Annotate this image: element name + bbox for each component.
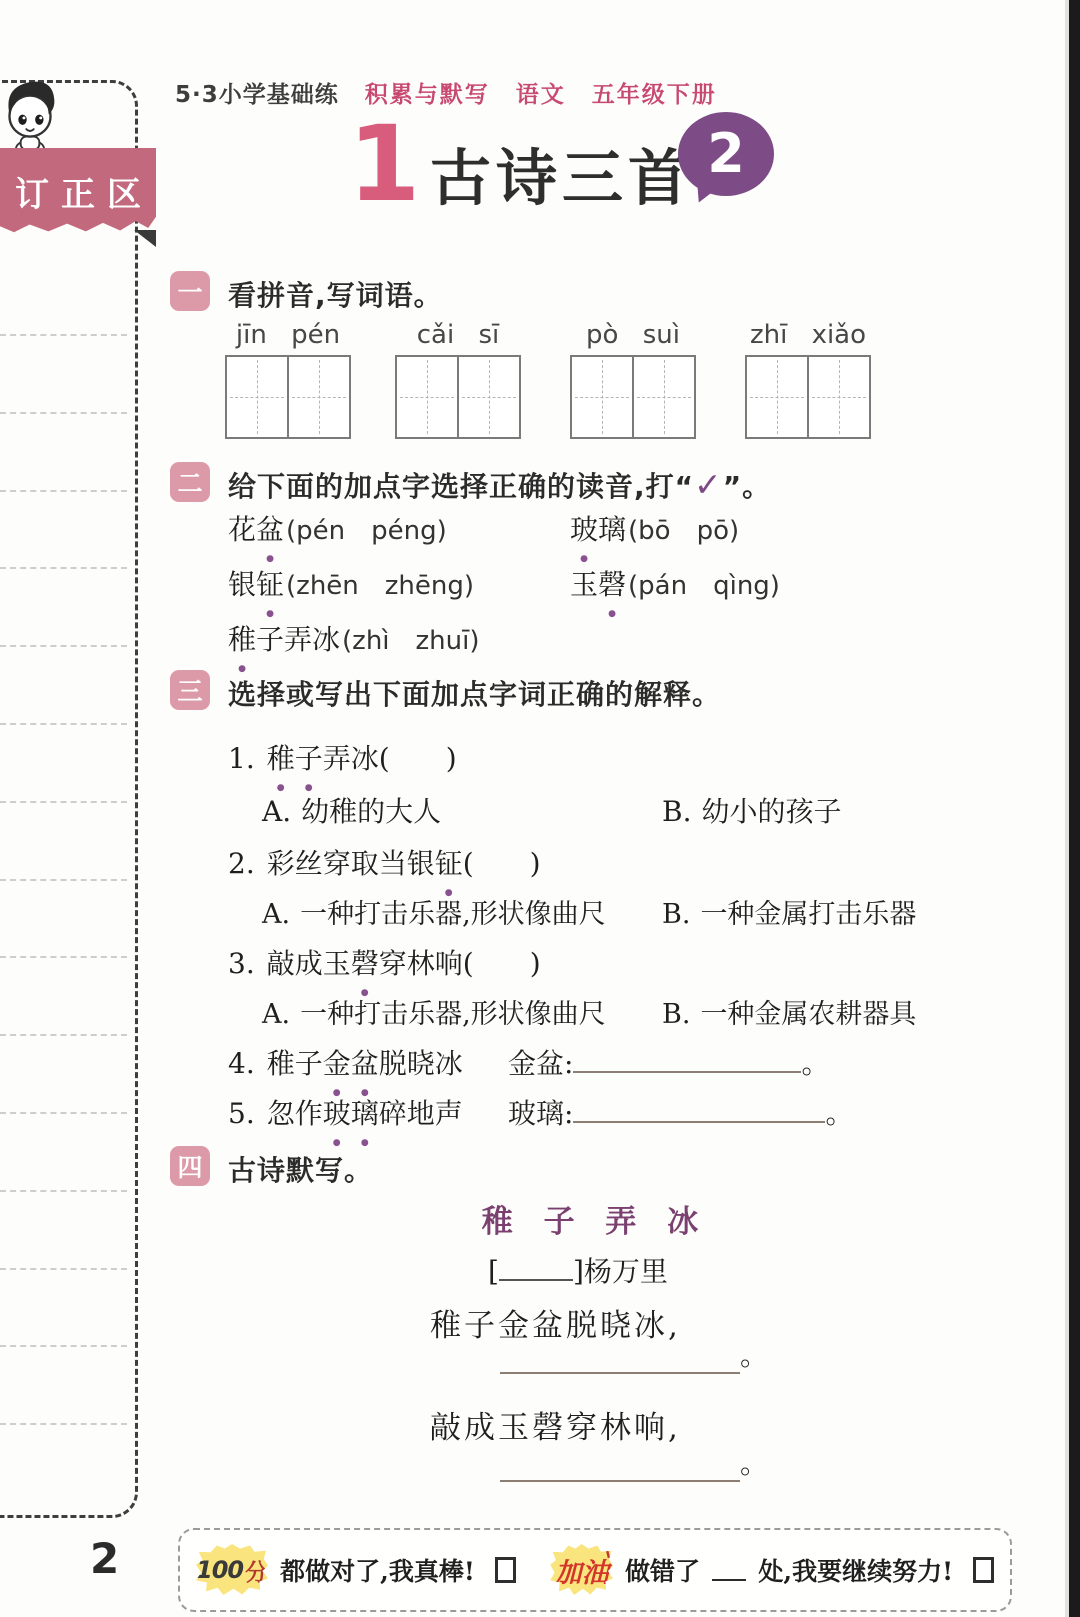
pinyin-label: jīn pén [225,320,351,350]
header-grade: 五年级下册 [592,76,717,109]
question-5-fill: 玻璃:。 [508,1092,853,1132]
check-mark-icon: ✓ [694,465,723,504]
reading-choices[interactable]: (zhì zhuī) [342,626,479,656]
question-text: 弄冰 [323,742,379,775]
question-text: 穿林响 [379,947,463,980]
section-3-badge: 三 [170,670,210,710]
cheer-icon: 加油 [550,1544,613,1596]
dotted-chars: 钲 [435,847,463,880]
question-2-option-a[interactable]: A.一种打击乐器,形状像曲尺 [262,892,606,931]
writing-cell[interactable] [747,357,807,437]
pinyin-label: zhī xiǎo [745,320,871,350]
question-number: 4. [228,1047,255,1080]
correction-area-label: 订正区 [3,167,153,216]
question-text: 稚子 [267,1047,323,1080]
option-text: 一种打击乐器,形状像曲尺 [300,999,606,1030]
score-100-icon: 100分 [196,1544,268,1596]
heading-text: 给下面的加点字选择正确的读音,打“ [228,470,694,503]
writing-grid[interactable] [225,355,351,439]
word-part: 花 [228,513,256,546]
dotted-chars: 稚 [228,623,256,656]
correction-area-banner: 订正区 [0,148,156,234]
writing-cell[interactable] [457,357,519,437]
writing-cell[interactable] [572,357,632,437]
question-number: 3. [228,947,255,980]
answer-blank[interactable] [500,1340,740,1374]
reading-item[interactable]: 花盆(pén péng) [228,508,447,548]
dotted-chars: 钲 [256,568,284,601]
pinyin-label: cǎi sī [395,320,521,350]
word-part: 璃 [598,513,626,546]
question-number: 1. [228,742,255,775]
section-3-heading: 选择或写出下面加点字词正确的解释。 [228,673,721,713]
question-text: 脱晓冰 [379,1047,463,1080]
retry-text-after: 处,我要继续努力! [758,1552,953,1588]
answer-paren-slot[interactable]: ( ) [379,742,457,775]
heading-text: ”。 [723,470,771,503]
word-part: 子弄冰 [256,623,340,656]
answer-paren-slot[interactable]: ( ) [463,847,541,880]
question-1-option-a[interactable]: A.幼稚的大人 [262,790,441,830]
question-text: 敲成玉 [267,947,351,980]
writing-grid[interactable] [570,355,696,439]
question-3-option-b[interactable]: B.一种金属农耕器具 [662,992,916,1031]
writing-cell[interactable] [287,357,349,437]
reading-choices[interactable]: (zhēn zhēng) [286,571,474,601]
period: 。 [740,1442,768,1482]
poem-title: 稚 子 弄 冰 [430,1196,760,1241]
part-badge-number: 2 [707,127,745,181]
lesson-number: 1 [348,112,420,216]
option-text: 幼稚的大人 [301,795,441,828]
question-number: 2. [228,847,255,880]
reading-item[interactable]: 银钲(zhēn zhēng) [228,563,474,603]
part-badge-bubble: 2 [678,112,774,196]
page-edge-strip [1069,0,1080,1617]
boy-mascot-icon [2,74,58,160]
correction-area-border [0,80,138,1518]
option-label: A. [262,795,291,828]
score-unit: 分 [245,1554,268,1587]
score-number: 100 [196,1556,243,1584]
dotted-chars: 磬 [351,947,379,980]
option-label: A. [262,899,290,930]
red-flag-icon [597,1530,623,1560]
series-title: 5·3小学基础练 [175,76,339,109]
question-1: 1.稚子弄冰( ) [228,737,457,777]
praise-text: 都做对了,我真棒! [280,1552,475,1588]
period: 。 [825,1097,853,1130]
question-text: 碎地声 [379,1097,463,1130]
dotted-chars: 金盆 [323,1047,379,1080]
page-number: 2 [90,1534,119,1583]
pinyin-label: pò suì [570,320,696,350]
dotted-chars: 玻璃 [323,1097,379,1130]
writing-cell[interactable] [807,357,869,437]
writing-cell[interactable] [632,357,694,437]
writing-grid[interactable] [745,355,871,439]
option-label: A. [262,999,290,1030]
question-3: 3.敲成玉磬穿林响( ) [228,942,541,982]
question-text: 彩丝穿取当银 [267,847,435,880]
word-part: 银 [228,568,256,601]
answer-paren-slot[interactable]: ( ) [463,947,541,980]
section-1-badge: 一 [170,271,210,311]
writing-cell[interactable] [227,357,287,437]
question-4: 4.稚子金盆脱晓冰 [228,1042,463,1082]
section-2-heading: 给下面的加点字选择正确的读音,打“✓”。 [228,465,771,505]
reading-item[interactable]: 玻璃(bō pō) [570,508,739,548]
banner-fold-triangle [134,230,156,247]
question-text: 忽作 [267,1097,323,1130]
poem-line-2: 敲成玉磬穿林响, [430,1402,681,1447]
bracket: ] [573,1255,584,1288]
writing-grid[interactable] [395,355,521,439]
retry-checkbox[interactable] [973,1557,994,1583]
fill-label: 玻璃: [508,1097,573,1130]
option-text: 一种打击乐器,形状像曲尺 [300,899,606,930]
error-count-blank[interactable] [712,1559,746,1581]
reading-choices[interactable]: (bō pō) [628,516,739,546]
fill-label: 金盆: [508,1047,573,1080]
question-4-fill: 金盆:。 [508,1042,829,1082]
section-1-heading: 看拼音,写词语。 [228,274,443,314]
option-text: 一种金属打击乐器 [700,899,916,930]
praise-checkbox[interactable] [495,1557,516,1583]
section-2-badge: 二 [170,462,210,502]
dotted-chars: 盆 [256,513,284,546]
writing-cell[interactable] [397,357,457,437]
bracket: [ [488,1255,499,1288]
lesson-title: 古诗三首 [430,148,694,209]
option-label: B. [662,899,690,930]
period: 。 [801,1047,829,1080]
word-part: 玉 [570,568,598,601]
poem-author-line: []杨万里 [488,1250,668,1290]
option-text: 幼小的孩子 [701,795,841,828]
header-subject: 语文 [516,76,566,109]
retry-text-before: 做错了 [625,1552,700,1588]
section-4-badge: 四 [170,1146,210,1186]
dotted-chars: 磬 [598,568,626,601]
reading-choices[interactable]: (pán qìng) [628,571,780,601]
answer-blank[interactable] [573,1043,801,1073]
book-header: 5·3小学基础练 积累与默写 语文 五年级下册 [175,76,717,109]
answer-blank[interactable] [573,1093,825,1123]
option-label: B. [662,999,690,1030]
poem-blank-line-2: 。 [500,1442,768,1482]
reading-choices[interactable]: (pén péng) [286,516,447,546]
question-2: 2.彩丝穿取当银钲( ) [228,842,541,882]
option-label: B. [662,795,691,828]
question-1-option-b[interactable]: B.幼小的孩子 [662,790,842,830]
reading-item[interactable]: 玉磬(pán qìng) [570,563,780,603]
poem-author: 杨万里 [584,1255,668,1288]
period: 。 [740,1334,768,1374]
question-3-option-a[interactable]: A.一种打击乐器,形状像曲尺 [262,992,606,1031]
question-2-option-b[interactable]: B.一种金属打击乐器 [662,892,916,931]
option-text: 一种金属农耕器具 [700,999,916,1030]
dotted-chars: 稚子 [267,742,323,775]
poem-blank-line-1: 。 [500,1334,768,1374]
section-4-heading: 古诗默写。 [228,1149,373,1189]
dotted-chars: 玻 [570,513,598,546]
answer-blank[interactable] [500,1448,740,1482]
reading-item[interactable]: 稚子弄冰(zhì zhuī) [228,618,480,658]
question-5: 5.忽作玻璃碎地声 [228,1092,463,1132]
question-number: 5. [228,1097,255,1130]
self-evaluation-banner: 100分 都做对了,我真棒! 加油 做错了 处,我要继续努力! [178,1528,1012,1612]
dynasty-blank[interactable] [499,1255,573,1281]
